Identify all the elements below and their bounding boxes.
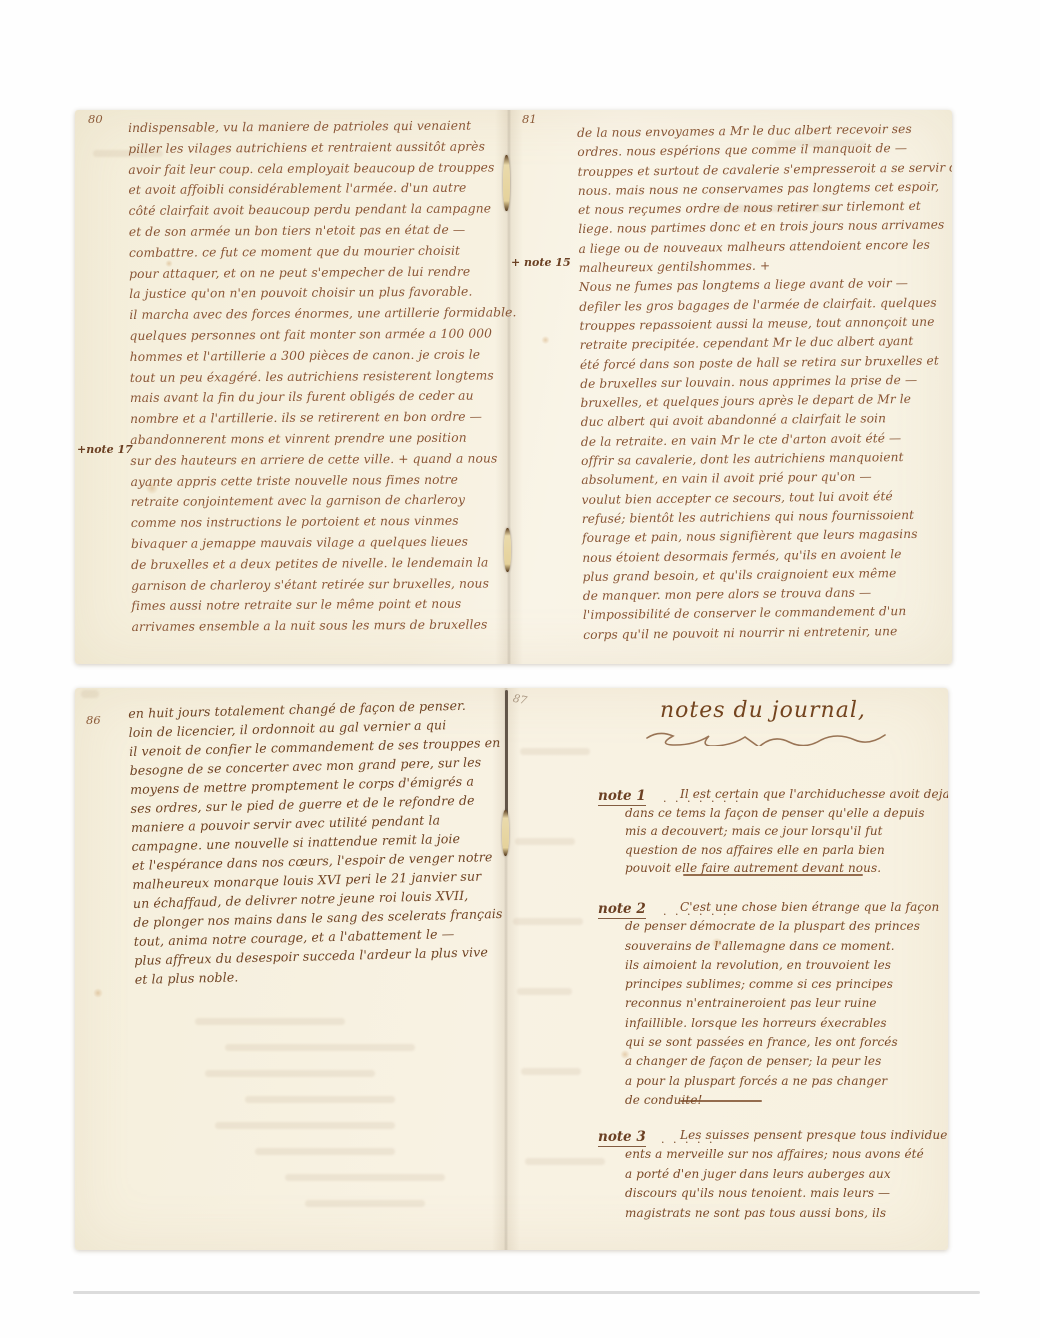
manuscript-line: et avoit affoibli considérablement l'arm… <box>128 178 515 201</box>
manuscript-spread-top: 80 +note 17 indispensable, vu la maniere… <box>75 110 952 664</box>
manuscript-line: combattre. ce fut ce moment que du mouri… <box>129 240 516 263</box>
manuscript-line: qui se sont passées en france, les ont f… <box>625 1033 939 1052</box>
bleed-through-mark <box>513 918 583 925</box>
manuscript-line: de penser démocrate de la pluspart des p… <box>625 917 939 936</box>
bleed-through-mark <box>521 1068 581 1075</box>
manuscript-line: souverains de l'allemagne dans ce moment… <box>625 937 939 956</box>
manuscript-line: mais avant la fin du jour ils furent obl… <box>130 386 517 409</box>
note-1-underline-rule <box>683 874 863 876</box>
manuscript-line: a porté d'en juger dans leurs auberges a… <box>625 1165 948 1184</box>
manuscript-line: côté clairfait avoit beaucoup perdu pend… <box>129 198 516 221</box>
manuscript-line: de conduite! <box>625 1091 939 1110</box>
manuscript-line: quelques personnes ont fait monter son a… <box>129 323 516 346</box>
note-1-text: Il est certain que l'archiduchesse avoit… <box>625 785 948 878</box>
bleed-through-mark <box>525 1158 605 1165</box>
margin-note-15: + note 15 <box>511 256 571 269</box>
manuscript-line: comme nos instructions le portoient et n… <box>131 510 518 533</box>
bleed-through-mark <box>93 150 163 157</box>
footer-divider-line <box>73 1291 980 1294</box>
paper-stain <box>165 260 173 267</box>
page-81-text: de la nous envoyames a Mr le duc albert … <box>577 119 952 645</box>
manuscript-line: avoir fait leur coup. cela employait bea… <box>128 157 515 180</box>
manuscript-line: bivaquer a jemappe mauvais vilage a quel… <box>131 531 518 554</box>
manuscript-line: indispensable, vu la maniere de patriole… <box>128 115 515 138</box>
manuscript-line: dans ce tems la façon de penser qu'elle … <box>625 804 948 823</box>
manuscript-line: fimes aussi notre retraite sur le même p… <box>131 594 518 617</box>
page-number-87: 87 <box>512 692 528 708</box>
page-number-86: 86 <box>86 713 101 727</box>
bleed-through-mark <box>215 1122 395 1129</box>
bleed-through-mark <box>520 748 590 755</box>
manuscript-line: piller les vilages autrichiens et rentra… <box>128 136 515 159</box>
bleed-through-mark <box>305 1200 425 1207</box>
note-2-text: C'est une chose bien étrange que la faço… <box>625 898 939 1110</box>
manuscript-line: ils aimoient la revolution, en trouvoien… <box>625 956 939 975</box>
manuscript-line: mis a decouvert; mais ce jour lorsqu'il … <box>625 822 948 841</box>
note-3-text: Les suisses pensent presque tous individ… <box>625 1126 948 1223</box>
bleed-through-mark <box>255 1148 395 1155</box>
manuscript-line: abandonnerent mons et vinrent prendre un… <box>130 427 517 450</box>
manuscript-line: ents a merveille sur nos affaires; nous … <box>625 1145 948 1164</box>
paper-stain <box>620 1050 630 1059</box>
manuscript-line: a changer de façon de penser; la peur le… <box>625 1052 939 1071</box>
page-number-80: 80 <box>88 112 103 126</box>
manuscript-line: nombre et a l'artillerie. ils se retirer… <box>130 406 517 429</box>
paper-stain <box>541 336 550 344</box>
manuscript-line: pour attaquer, et on ne peut s'empecher … <box>129 261 516 284</box>
manuscript-line: arrivames ensemble a la nuit sous les mu… <box>131 614 518 637</box>
manuscript-spread-bottom: 86 en huit jours totalement changé de fa… <box>75 688 948 1250</box>
manuscript-line: a pour la pluspart forcés a ne pas chang… <box>625 1072 939 1091</box>
journal-notes-title: notes du journal, <box>660 698 866 723</box>
manuscript-line: ayante appris cette triste nouvelle nous… <box>130 469 517 492</box>
manuscript-line: question de nos affaires elle en parla b… <box>625 841 948 860</box>
manuscript-line: infaillible. lorsque les horreurs éxecra… <box>625 1014 939 1033</box>
bleed-through-mark <box>195 1018 345 1025</box>
manuscript-line: reconnus n'entraineroient pas leur ruine <box>625 994 939 1013</box>
bleed-through-mark <box>715 205 835 212</box>
manuscript-line: retraite conjointement avec la garnison … <box>131 490 518 513</box>
manuscript-line: et de son armée un bon tiers n'etoit pas… <box>129 219 516 242</box>
bleed-through-mark <box>205 1070 375 1077</box>
manuscript-line: principes sublimes; comme si ces princip… <box>625 975 939 994</box>
margin-note-17: +note 17 <box>77 443 133 456</box>
paper-stain <box>145 482 159 494</box>
manuscript-line: magistrats ne sont pas tous aussi bons, … <box>625 1204 948 1223</box>
manuscript-line: la justice qu'on n'en pouvoit choisir un… <box>129 282 516 305</box>
paper-stain <box>93 988 103 998</box>
bleed-through-mark <box>225 1044 415 1051</box>
flourish-underline <box>643 728 893 746</box>
manuscript-line: hommes et l'artillerie a 300 pièces de c… <box>130 344 517 367</box>
manuscript-line: sur des hauteurs en arriere de cette vil… <box>130 448 517 471</box>
bleed-through-mark <box>515 838 575 845</box>
manuscript-line: tout un peu éxagéré. les autrichiens res… <box>130 365 517 388</box>
binding-stitch <box>502 810 509 856</box>
bleed-through-mark <box>81 690 99 698</box>
page-86-text: en huit jours totalement changé de façon… <box>128 695 506 989</box>
bleed-through-mark <box>285 1174 445 1181</box>
manuscript-line: Les suisses pensent presque tous individ… <box>680 1126 948 1145</box>
manuscript-line: corps qu'il ne pouvoit ni nourrir ni ent… <box>583 621 952 645</box>
page-80-text: indispensable, vu la maniere de patriole… <box>128 115 519 638</box>
manuscript-line: il marcha avec des forces énormes, une a… <box>129 302 516 325</box>
manuscript-line: C'est une chose bien étrange que la faço… <box>680 898 939 917</box>
scanned-manuscript-view: 80 +note 17 indispensable, vu la maniere… <box>0 0 1040 1338</box>
bleed-through-mark <box>775 140 865 147</box>
manuscript-line: garnison de charleroy s'étant retirée su… <box>131 573 518 596</box>
paper-stain <box>711 938 723 948</box>
manuscript-line: discours qu'ils nous tenoient. mais leur… <box>625 1184 948 1203</box>
bleed-through-mark <box>517 988 572 995</box>
manuscript-line: Il est certain que l'archiduchesse avoit… <box>680 785 948 804</box>
manuscript-line: de bruxelles et a deux petites de nivell… <box>131 552 518 575</box>
page-number-81: 81 <box>522 112 537 126</box>
bleed-through-mark <box>245 1096 395 1103</box>
note-2-end-rule <box>680 1100 762 1102</box>
